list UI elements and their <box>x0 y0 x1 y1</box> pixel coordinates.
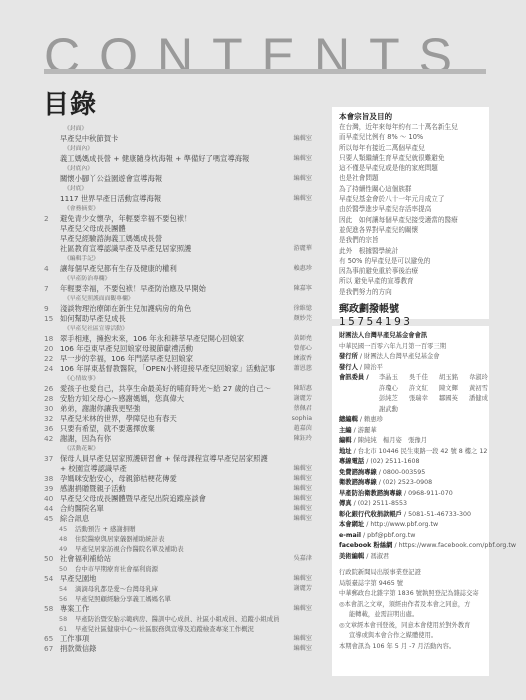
page-number: 32 <box>44 414 60 424</box>
toc-entry[interactable]: 38孕媽咪安胎安心，母親節桔梗花傳愛編輯室 <box>44 474 312 484</box>
toc-section-label: 《封面》 <box>44 124 312 134</box>
section-title: 《心情故事》 <box>64 374 99 384</box>
toc-entry[interactable]: 20106 年亞東早產兒回娘家母親節獻禮活動曾郁心 <box>44 344 312 354</box>
toc-entry[interactable]: 4讓每個早產兒都有生存及健康的權利賴惠珍 <box>44 264 312 274</box>
mission-line: 而早產兒比例有 8% ～ 10% <box>332 132 489 142</box>
field-label: 本會網址 <box>339 521 364 528</box>
entry-title: 106 年亞東早產兒回娘家母親節獻禮活動 <box>60 344 193 354</box>
page-number: 7 <box>44 284 60 294</box>
publication-fields: 總編輯 / 賴惠珍主編 / 游麗華編輯 / 陳純純 楊月姿 張豫月地址 / 台北… <box>332 415 489 562</box>
toc-entry[interactable]: 56早產兒照顧經驗分享義工媽媽名單 <box>44 594 312 604</box>
issuer-value: 陳治平 <box>364 364 383 371</box>
toc-entry[interactable]: 26愛孩子也愛自己，共享生命最美好的哺育時光～給 27 歲的自己～陳昭惠 <box>44 384 312 394</box>
entry-title: 淺談物理治療師在新生兒加護病房的角色 <box>60 304 191 314</box>
toc-entry[interactable]: 50社會福利補給站吳嘉津 <box>44 554 312 564</box>
page-number: 42 <box>44 434 60 444</box>
entry-title: 早產兒米林的世界，學障兒也有春天 <box>60 414 177 424</box>
mission-line: 所以 避免早產的宣導教育 <box>332 276 489 286</box>
field-value: 陳純純 楊月姿 張豫月 <box>358 437 427 444</box>
toc-entry[interactable]: 50台中市早期療育社會福利資源 <box>44 564 312 574</box>
page-number: 50 <box>59 564 75 574</box>
field-label: 衛教諮詢專線 <box>339 479 377 486</box>
entry-title: 滴滴母乳都是愛～台灣母乳庫 <box>75 584 158 594</box>
page-number: 30 <box>44 404 60 414</box>
toc-entry[interactable]: 28安胎方知父母心～感謝媽媽，您真偉大謝麗芳 <box>44 394 312 404</box>
entry-title: 避免青少女懷孕，年輕要幸福不要包袱！ <box>60 214 191 224</box>
field-label: 免費諮詢專線 <box>339 469 377 476</box>
page-number: 67 <box>44 644 60 654</box>
toc-section-label: 《早產兒社區宣導活動》 <box>44 324 312 334</box>
toc-entry[interactable]: 37保母人員早產兒居家照護研習會 + 保母課程宣導早產兒居家照護 <box>44 454 312 464</box>
field-value: 5081-51-46733-300 <box>408 511 471 518</box>
page-number: 45 <box>44 514 60 524</box>
table-of-contents: 《封面》早產兒中秋節賀卡編輯室《封面內》義工媽媽成長營 + 健康隨身枕海報 + … <box>44 124 312 654</box>
toc-entry[interactable]: 36只要有希望，就不要選擇放棄趙嘉茵 <box>44 424 312 434</box>
entry-title: 社會福利補給站 <box>60 554 111 564</box>
entry-title: 感謝捐贈暨親子活動 <box>60 484 126 494</box>
toc-entry[interactable]: 22早一步的幸福，106 年門諾早產兒回娘家練淑香 <box>44 354 312 364</box>
entry-title: 早產防治暨安胎示範病房、醫訓中心成員、社區小組成員、追蹤小組成員 <box>75 614 280 624</box>
publication-note: 局版臺誌字第 9465 號 <box>332 579 489 590</box>
page-number: 4 <box>44 264 60 274</box>
committee-member: 謝武勳 <box>379 405 405 416</box>
field-value: 馮淑君 <box>370 553 389 560</box>
mission-line: 只要人類繼續生育早產兒就很難避免 <box>332 153 489 163</box>
section-title: 《早產兒社區宣導活動》 <box>64 324 128 334</box>
section-title: 《編輯手記》 <box>64 254 99 264</box>
entry-author: 賴惠珍 <box>293 264 312 274</box>
field-label: 傳真 <box>339 500 352 507</box>
committee-member: 韋淑玲 <box>469 373 495 384</box>
toc-entry[interactable]: 24106 年屏東基督教醫院，「OPEN小將迎接早產兒回娘家」活動記事蕭恩慈 <box>44 364 312 374</box>
toc-section-label: 《早產兒照護面面觀專欄》 <box>44 294 312 304</box>
page-number: 37 <box>44 454 60 464</box>
mission-line: 早產兒基金會於八十一年元月成立了 <box>332 194 489 204</box>
entry-author: 黃師堯 <box>293 334 312 344</box>
issuer-line: 發行人 / 陳治平 <box>332 363 489 374</box>
mission-line: 在台灣，近年來每年約有二十萬名新生兒 <box>332 122 489 132</box>
mission-box: 本會宗旨及目的 在台灣，近年來每年約有二十萬名新生兒而早產兒比例有 8% ～ 1… <box>332 107 489 319</box>
publication-field: 主編 / 游麗華 <box>332 426 489 437</box>
field-value: 0800-003595 <box>383 469 425 476</box>
entry-author: 顏妙芫 <box>293 314 312 324</box>
committee-names: 李晶玉吳千佳胡玉銘韋淑玲許瓊心許文紅陳文輝黃初雪彭純芝張瑞幸鄒國英潘健成謝武勳 <box>379 373 495 415</box>
entry-title: 安胎方知父母心～感謝媽媽，您真偉大 <box>60 394 184 404</box>
entry-title: 合約醫院名單 <box>60 504 104 514</box>
toc-section-label: 《活動花絮》 <box>44 444 312 454</box>
entry-author: 游麗華 <box>293 244 312 254</box>
entry-title: 弟弟，謝謝你讓我更堅強 <box>60 404 140 414</box>
toc-section-label: 《封面內》 <box>44 144 312 154</box>
mission-line: 因此 如何讓每個早產兒接受適當的醫療 <box>332 215 489 225</box>
committee-member: 李晶玉 <box>379 373 405 384</box>
publisher-label: 發行所 <box>339 353 358 360</box>
toc-entry[interactable]: 18翠手相連，擁抱未來，106 年永和耕莘早產兒開心回娘家黃師堯 <box>44 334 312 344</box>
entry-title: 如何幫助早產兒成長 <box>60 314 126 324</box>
entry-title: 保母人員早產兒居家照護研習會 + 保母課程宣導早產兒居家照護 <box>60 454 268 464</box>
entry-title: 早產兒父母成長團體 <box>60 224 126 234</box>
entry-author: 蔡佩君 <box>293 404 312 414</box>
page-number: 54 <box>44 574 60 584</box>
entry-title: 綜合訊息 <box>60 514 89 524</box>
publication-field: 彰化銀行代收捐款帳戶 / 5081-51-46733-300 <box>332 510 489 521</box>
publication-note: 行政院新聞局出版事業登記證 <box>332 568 489 579</box>
publication-title: 財團法人台灣早產兒基金會會訊 <box>332 326 489 342</box>
field-label: 總編輯 <box>339 416 358 423</box>
entry-author: 陳嘉寧 <box>293 284 312 294</box>
page-number: 2 <box>44 214 60 224</box>
entry-title: 只要有希望，就不要選擇放棄 <box>60 424 155 434</box>
page-number: 28 <box>44 394 60 404</box>
publication-note: 本期會訊為 106 年 5 月 -7 月活動內容。 <box>332 642 489 653</box>
publication-field: 衛教諮詢專線 / (02) 2523-0908 <box>332 478 489 489</box>
entry-title: 早產兒照顧經驗分享義工媽媽名單 <box>75 594 171 604</box>
committee-member: 許文紅 <box>409 384 435 395</box>
page-number: 15 <box>44 314 60 324</box>
entry-author: 陳鈺玲 <box>293 434 312 444</box>
committee-member: 許瓊心 <box>379 384 405 395</box>
entry-title: 1117 世界早產日活動宣導海報 <box>60 194 161 204</box>
toc-entry[interactable]: 54早產兒園地編輯室 <box>44 574 312 584</box>
entry-author: 徐維憶 <box>293 304 312 314</box>
entry-author: 陳昭惠 <box>293 384 312 394</box>
committee-member: 張瑞幸 <box>409 394 435 405</box>
field-value: 0968-911-070 <box>408 490 453 497</box>
entry-title: 活動預告 + 感謝捐贈 <box>75 524 136 534</box>
mission-heading: 本會宗旨及目的 <box>332 107 489 122</box>
publication-field: 總編輯 / 賴惠珍 <box>332 415 489 426</box>
field-value: (02) 2511-1608 <box>370 458 419 465</box>
field-value: (02) 2523-0908 <box>383 479 432 486</box>
page-number: 54 <box>59 584 75 594</box>
publication-notes: 行政院新聞局出版事業登記證局版臺誌字第 9465 號中華郵政台北雜字第 1836… <box>332 568 489 652</box>
entry-author: 編輯室 <box>293 604 312 614</box>
entry-author: 編輯室 <box>293 484 312 494</box>
mission-line: 是我們的宗旨 <box>332 235 489 245</box>
toc-entry[interactable]: 48住院醫療與居家儀器補助統計表 <box>44 534 312 544</box>
mission-line: 為了持續性關心這個族群 <box>332 184 489 194</box>
mission-line: 也是社會問題 <box>332 173 489 183</box>
toc-section-label: 《心情故事》 <box>44 374 312 384</box>
field-value[interactable]: http://www.pbf.org.tw <box>370 521 438 528</box>
publication-note: ◎本會訊之文章，須經由作者及本會之同意，方 <box>332 600 489 611</box>
mission-line: 是我們努力的方向 <box>332 287 489 297</box>
publication-info-box: 財團法人台灣早產兒基金會會訊 中華民國一百零六年九月第一百零三期 發行所 / 財… <box>332 326 489 676</box>
entry-title: 早產兒父母成長團體暨早產兒出院追蹤座談會 <box>60 494 206 504</box>
toc-section-label: 《編輯手記》 <box>44 254 312 264</box>
publication-note: 宣導或與本會合作之媒體使用。 <box>332 631 489 642</box>
committee-member: 陳文輝 <box>439 384 465 395</box>
section-title: 《封面內》 <box>64 144 93 154</box>
publisher-line: 發行所 / 財團法人台灣早產兒基金會 <box>332 352 489 363</box>
page-number: 58 <box>59 614 75 624</box>
page-number: 61 <box>59 624 75 634</box>
toc-entry[interactable]: 40早產兒父母成長團體暨早產兒出院追蹤座談會編輯室 <box>44 494 312 504</box>
title-divider <box>44 69 486 74</box>
field-label: 地址 <box>339 448 352 455</box>
page-number: 44 <box>44 504 60 514</box>
publisher-value: 財團法人台灣早產兒基金會 <box>364 353 440 360</box>
page-number: 39 <box>44 484 60 494</box>
page-number: 40 <box>44 494 60 504</box>
entry-author: 編輯室 <box>293 494 312 504</box>
toc-entry[interactable]: 32早產兒米林的世界，學障兒也有春天sophia <box>44 414 312 424</box>
toc-entry[interactable]: 65工作事項編輯室 <box>44 634 312 644</box>
committee-line: 會訊委員 / 李晶玉吳千佳胡玉銘韋淑玲許瓊心許文紅陳文輝黃初雪彭純芝張瑞幸鄒國英… <box>332 373 489 415</box>
field-value: (02) 2511-8553 <box>358 500 407 507</box>
page-number: 50 <box>44 554 60 564</box>
toc-entry[interactable]: 2避免青少女懷孕，年輕要幸福不要包袱！ <box>44 214 312 224</box>
entry-title: 讓每個早產兒都有生存及健康的權利 <box>60 264 177 274</box>
publication-field: 美術編輯 / 馮淑君 <box>332 552 489 563</box>
field-value: 賴惠珍 <box>364 416 383 423</box>
section-title: 《封底內》 <box>64 164 93 174</box>
toc-entry[interactable]: 關懷小腳丫公益園遊會宣導海報編輯室 <box>44 174 312 184</box>
toc-entry[interactable]: 58專案工作編輯室 <box>44 604 312 614</box>
entry-title: 早產兒社區健康中心～社區服務與宣導及追蹤檢查專案工作概況 <box>75 624 254 634</box>
entry-author: 謝麗芳 <box>293 394 312 404</box>
committee-member: 潘健成 <box>469 394 495 405</box>
entry-author: 編輯室 <box>293 644 312 654</box>
page-number: 49 <box>59 544 75 554</box>
publication-field: 編輯 / 陳純純 楊月姿 張豫月 <box>332 436 489 447</box>
field-label: e-mail <box>339 532 361 539</box>
entry-title: 社區教育宣導認識早產及早產兒居家照護 <box>60 244 191 254</box>
mission-line: 此外 根據醫學統計 <box>332 246 489 256</box>
committee-member: 吳千佳 <box>409 373 435 384</box>
issuer-label: 發行人 <box>339 364 358 371</box>
entry-title: 愛孩子也愛自己，共享生命最美好的哺育時光～給 27 歲的自己～ <box>60 384 271 394</box>
committee-member: 黃初雪 <box>469 384 495 395</box>
entry-title: 年輕要幸福，不要包袱！早產防治應及早開始 <box>60 284 206 294</box>
page-number: 56 <box>59 594 75 604</box>
entry-title: 早產兒中秋節賀卡 <box>60 134 118 144</box>
field-label: facebook 粉絲網 <box>339 542 392 549</box>
publication-field: 本會網址 / http://www.pbf.org.tw <box>332 520 489 531</box>
entry-author: 編輯室 <box>293 194 312 204</box>
entry-author: 編輯室 <box>293 174 312 184</box>
publication-field: 地址 / 台北市 10446 民生東路一段 42 號 8 樓之 12 <box>332 447 489 458</box>
publication-field: 傳真 / (02) 2511-8553 <box>332 499 489 510</box>
toc-entry[interactable]: 社區教育宣導認識早產及早產兒居家照護游麗華 <box>44 244 312 254</box>
toc-section-label: 《會務摘要》 <box>44 204 312 214</box>
toc-section-label: 《封底》 <box>44 184 312 194</box>
entry-author: 蕭恩慈 <box>293 364 312 374</box>
entry-author: 編輯室 <box>293 154 312 164</box>
toc-entry[interactable]: 44合約醫院名單編輯室 <box>44 504 312 514</box>
entry-author: 謝麗芳 <box>293 584 312 594</box>
mission-line: 並促進各界對早產兒的關懷 <box>332 225 489 235</box>
field-value: 台北市 10446 民生東路一段 42 號 8 樓之 12 <box>358 448 488 455</box>
entry-title: 翠手相連，擁抱未來，106 年永和耕莘早產兒開心回娘家 <box>60 334 244 344</box>
page-number: 26 <box>44 384 60 394</box>
toc-entry[interactable]: 義工媽媽成長營 + 健康隨身枕海報 + 準備好了嗎宣導海報編輯室 <box>44 154 312 164</box>
entry-author: 吳嘉津 <box>293 554 312 564</box>
field-label: 編輯 <box>339 437 352 444</box>
toc-entry[interactable]: 61早產兒社區健康中心～社區服務與宣導及追蹤檢查專案工作概況 <box>44 624 312 634</box>
toc-entry[interactable]: 1117 世界早產日活動宣導海報編輯室 <box>44 194 312 204</box>
mission-line: 有 50% 的早產兒是可以避免的 <box>332 256 489 266</box>
committee-member: 彭純芝 <box>379 394 405 405</box>
toc-entry[interactable]: 54滴滴母乳都是愛～台灣母乳庫謝麗芳 <box>44 584 312 594</box>
publication-field: 專線電話 / (02) 2511-1608 <box>332 457 489 468</box>
section-title: 《早產兒照護面面觀專欄》 <box>64 294 134 304</box>
toc-entry[interactable]: 9淺談物理治療師在新生兒加護病房的角色徐維憶 <box>44 304 312 314</box>
toc-section-label: 《早產防治專欄》 <box>44 274 312 284</box>
toc-entry[interactable]: 58早產防治暨安胎示範病房、醫訓中心成員、社區小組成員、追蹤小組成員 <box>44 614 312 624</box>
entry-title: 早產兒居家訪視合作醫院名單及補助表 <box>75 544 184 554</box>
toc-entry[interactable]: 67捐款徵信錄編輯室 <box>44 644 312 654</box>
section-title: 《封面》 <box>64 124 87 134</box>
page-number: 18 <box>44 334 60 344</box>
committee-label: 會訊委員 / <box>339 373 379 415</box>
field-label: 專線電話 <box>339 458 364 465</box>
entry-title: 工作事項 <box>60 634 89 644</box>
entry-title: 專案工作 <box>60 604 89 614</box>
entry-title: + 校園宣導認識早產 <box>60 464 127 474</box>
page-number: 24 <box>44 364 60 374</box>
field-label: 主編 <box>339 427 352 434</box>
entry-author: 編輯室 <box>293 134 312 144</box>
field-value: 游麗華 <box>358 427 377 434</box>
mission-line: 因為事前避免重於事後治療 <box>332 266 489 276</box>
section-title: 《早產防治專欄》 <box>64 274 110 284</box>
publication-field: facebook 粉絲網 / https://www.facebook.com/… <box>332 541 489 552</box>
toc-entry[interactable]: 早產兒經驗諮詢義工媽媽成長營 <box>44 234 312 244</box>
postal-account-label: 郵政劃撥帳號 <box>332 303 489 316</box>
toc-section-label: 《封底內》 <box>44 164 312 174</box>
toc-entry[interactable]: 45活動預告 + 感謝捐贈 <box>44 524 312 534</box>
page-number: 9 <box>44 304 60 314</box>
entry-author: 曾郁心 <box>293 344 312 354</box>
page-number: 48 <box>59 534 75 544</box>
entry-title: 早產兒經驗諮詢義工媽媽成長營 <box>60 234 162 244</box>
publication-field: 早產防治衛教諮詢專線 / 0968-911-070 <box>332 489 489 500</box>
publication-note: ◎文章經本會刊登後，同意本會使用於對外教育 <box>332 621 489 632</box>
mission-text: 在台灣，近年來每年約有二十萬名新生兒而早產兒比例有 8% ～ 10%所以每年有接… <box>332 122 489 297</box>
entry-author: 編輯室 <box>293 474 312 484</box>
entry-title: 孕媽咪安胎安心，母親節桔梗花傳愛 <box>60 474 177 484</box>
toc-heading: 目錄 <box>43 84 97 121</box>
field-label: 美術編輯 <box>339 553 364 560</box>
committee-member: 鄒國英 <box>439 394 465 405</box>
entry-title: 住院醫療與居家儀器補助統計表 <box>75 534 164 544</box>
entry-title: 義工媽媽成長營 + 健康隨身枕海報 + 準備好了嗎宣導海報 <box>60 154 249 164</box>
page-number: 22 <box>44 354 60 364</box>
mission-line: 這不僅是早產兒或是他的家庭問題 <box>332 163 489 173</box>
mission-line: 所以每年有接近二萬個早產兒 <box>332 143 489 153</box>
toc-entry[interactable]: 30弟弟，謝謝你讓我更堅強蔡佩君 <box>44 404 312 414</box>
publication-note: 中華郵政台北雜字第 1836 號執照登記為雜誌交寄 <box>332 589 489 600</box>
entry-author: 趙嘉茵 <box>293 424 312 434</box>
entry-title: 捐款徵信錄 <box>60 644 96 654</box>
field-value[interactable]: https://www.facebook.com/pbf.org.tw <box>399 542 516 549</box>
page-number: 20 <box>44 344 60 354</box>
field-value[interactable]: pbf@pbf.org.tw <box>367 532 415 539</box>
entry-author: 編輯室 <box>293 634 312 644</box>
entry-author: 編輯室 <box>293 574 312 584</box>
publication-field: e-mail / pbf@pbf.org.tw <box>332 531 489 542</box>
toc-entry[interactable]: 15如何幫助早產兒成長顏妙芫 <box>44 314 312 324</box>
entry-title: 106 年屏東基督教醫院，「OPEN小將迎接早產兒回娘家」活動記事 <box>60 364 275 374</box>
page-number: 65 <box>44 634 60 644</box>
toc-entry[interactable]: 42謝謝，因為有你陳鈺玲 <box>44 434 312 444</box>
entry-author: 編輯室 <box>293 514 312 524</box>
field-label: 彰化銀行代收捐款帳戶 <box>339 511 402 518</box>
toc-entry[interactable]: 7年輕要幸福，不要包袱！早產防治應及早開始陳嘉寧 <box>44 284 312 294</box>
committee-member: 胡玉銘 <box>439 373 465 384</box>
field-label: 早產防治衛教諮詢專線 <box>339 490 402 497</box>
entry-title: 早產兒園地 <box>60 574 96 584</box>
page-number: 58 <box>44 604 60 614</box>
section-title: 《會務摘要》 <box>64 204 99 214</box>
page-number: 38 <box>44 474 60 484</box>
publication-field: 免費諮詢專線 / 0800-003595 <box>332 468 489 479</box>
entry-author: 編輯室 <box>293 464 312 474</box>
entry-author: sophia <box>292 414 312 424</box>
entry-title: 謝謝，因為有你 <box>60 434 111 444</box>
publication-note: 能轉載，並需註明出處。 <box>332 610 489 621</box>
entry-author: 練淑香 <box>293 354 312 364</box>
toc-entry[interactable]: 45綜合訊息編輯室 <box>44 514 312 524</box>
page-number: 45 <box>59 524 75 534</box>
section-title: 《封底》 <box>64 184 87 194</box>
toc-entry[interactable]: 39感謝捐贈暨親子活動編輯室 <box>44 484 312 494</box>
entry-title: 早一步的幸福，106 年門諾早產兒回娘家 <box>60 354 193 364</box>
mission-line: 由於醫學進步早產兒存活率提高 <box>332 204 489 214</box>
toc-entry[interactable]: + 校園宣導認識早產編輯室 <box>44 464 312 474</box>
toc-entry[interactable]: 49早產兒居家訪視合作醫院名單及補助表 <box>44 544 312 554</box>
page-number: 36 <box>44 424 60 434</box>
toc-entry[interactable]: 早產兒中秋節賀卡編輯室 <box>44 134 312 144</box>
section-title: 《活動花絮》 <box>64 444 99 454</box>
toc-entry[interactable]: 早產兒父母成長團體 <box>44 224 312 234</box>
entry-author: 編輯室 <box>293 504 312 514</box>
entry-title: 台中市早期療育社會福利資源 <box>75 564 158 574</box>
entry-title: 關懷小腳丫公益園遊會宣導海報 <box>60 174 162 184</box>
issue-line: 中華民國一百零六年九月第一百零三期 <box>332 342 489 353</box>
